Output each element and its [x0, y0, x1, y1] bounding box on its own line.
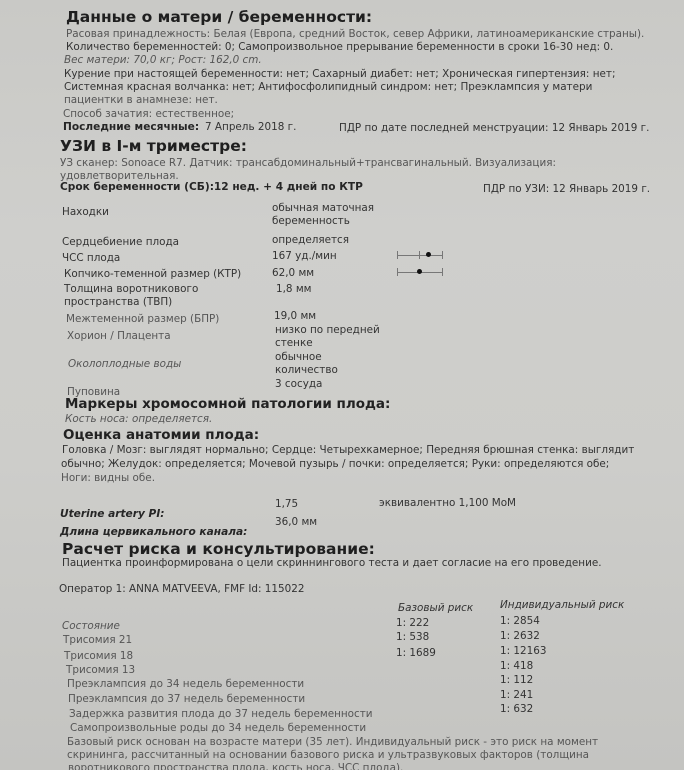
risk-condition: Преэклампсия до 34 недель беременности: [67, 678, 304, 690]
individual-risk-value: 1: 418: [500, 660, 533, 672]
scanner-line-1: УЗ сканер: Sonoace R7. Датчик: трансабдо…: [60, 157, 556, 169]
individual-risk-value: 1: 2854: [500, 615, 540, 627]
nasal-bone-text: Кость носа: определяется.: [65, 413, 212, 425]
lmp-value: 7 Апрель 2018 г.: [205, 121, 296, 133]
uterine-artery-pi-label: Uterine artery PI:: [60, 508, 165, 520]
crl-range-marker: [417, 269, 422, 274]
bpd-label: Межтеменной размер (БПР): [66, 313, 219, 325]
base-risk-value: 1: 222: [396, 617, 429, 629]
anatomy-section-title: Оценка анатомии плода:: [63, 427, 259, 443]
lmp-label: Последние месячные:: [63, 121, 199, 133]
bpd-value: 19,0 мм: [274, 310, 316, 322]
fhr-label: ЧСС плода: [62, 252, 120, 264]
edd-by-ultrasound: ПДР по УЗИ: 12 Январь 2019 г.: [483, 183, 650, 195]
ultrasound-section-title: УЗИ в I-м триместре:: [60, 137, 247, 155]
base-risk-value: 1: 1689: [396, 647, 436, 659]
risk-note-line-3: воротникового пространства плода, кость …: [68, 762, 403, 770]
individual-risk-value: 1: 241: [500, 689, 533, 701]
mother-line-conception: Способ зачатия: естественное;: [63, 108, 234, 120]
amniotic-fluid-value: обычное количество: [275, 351, 355, 377]
mother-line-smoking: Курение при настоящей беременности: нет;…: [64, 68, 615, 80]
crl-value: 62,0 мм: [272, 267, 314, 279]
individual-risk-value: 1: 2632: [500, 630, 540, 642]
fhr-range-indicator: [397, 250, 442, 260]
risk-note-line-1: Базовый риск основан на возрасте матери …: [67, 736, 598, 748]
edd-by-lmp: ПДР по дате последней менструации: 12 Ян…: [339, 122, 649, 134]
fetal-heartbeat-label: Сердцебиение плода: [62, 236, 179, 248]
anatomy-line-2: обычно; Желудок: определяется; Мочевой п…: [61, 458, 609, 470]
risk-condition: Состояние: [62, 620, 120, 632]
finding-value: обычная маточная беременность: [272, 202, 392, 228]
mother-line-ethnicity: Расовая принадлежность: Белая (Европа, с…: [66, 28, 644, 40]
umbilical-cord-value: 3 сосуда: [275, 378, 322, 390]
mother-line-sle: Системная красная волчанка: нет; Антифос…: [64, 81, 592, 93]
mother-line-pregnancies: Количество беременностей: 0; Самопроизво…: [66, 41, 613, 53]
risk-condition: Преэклампсия до 37 недель беременности: [68, 693, 305, 705]
risk-condition: Трисомия 13: [66, 664, 135, 676]
crl-label: Копчико-теменной размер (КТР): [64, 268, 241, 280]
nt-label: Толщина воротникового пространства (ТВП): [64, 283, 276, 309]
consent-text: Пациентка проинформирована о цели скринн…: [62, 557, 602, 569]
finding-label: Находки: [62, 206, 109, 218]
risk-condition: Трисомия 21: [63, 634, 132, 646]
base-risk-value: 1: 538: [396, 631, 429, 643]
cervix-length-value: 36,0 мм: [275, 516, 317, 528]
cervix-length-label: Длина цервикального канала:: [60, 526, 247, 538]
anatomy-line-3: Ноги: видны обе.: [61, 472, 155, 484]
fetal-heartbeat-value: определяется: [272, 234, 349, 246]
fhr-range-marker: [426, 252, 431, 257]
individual-risk-value: 1: 632: [500, 703, 533, 715]
individual-risk-value: 1: 112: [500, 674, 533, 686]
risk-condition: Задержка развития плода до 37 недель бер…: [69, 708, 373, 720]
gestational-age: Срок беременности (СБ):12 нед. + 4 дней …: [60, 181, 363, 193]
individual-risk-value: 1: 12163: [500, 645, 546, 657]
report-page: Данные о матери / беременности: Расовая …: [0, 0, 684, 770]
risk-condition: Трисомия 18: [64, 650, 133, 662]
placenta-value: низко по передней стенке: [275, 324, 385, 350]
risk-section-title: Расчет риска и консультирование:: [62, 540, 375, 558]
mother-line-history: пациентки в анамнезе: нет.: [64, 94, 218, 106]
anatomy-line-1: Головка / Мозг: выглядят нормально; Серд…: [62, 444, 634, 456]
risk-condition: Самопроизвольные роды до 34 недель берем…: [70, 722, 366, 734]
operator-text: Оператор 1: ANNA MATVEEVA, FMF Id: 11502…: [59, 583, 304, 595]
nt-value: 1,8 мм: [276, 283, 312, 295]
amniotic-fluid-label: Околоплодные воды: [68, 358, 181, 370]
uterine-artery-pi-mom: эквивалентно 1,100 MoM: [379, 497, 516, 509]
markers-section-title: Маркеры хромосомной патологии плода:: [65, 396, 390, 412]
fhr-value: 167 уд./мин: [272, 250, 337, 262]
base-risk-header: Базовый риск: [398, 602, 473, 614]
crl-range-indicator: [397, 267, 442, 277]
placenta-label: Хорион / Плацента: [67, 330, 171, 342]
uterine-artery-pi-value: 1,75: [275, 498, 298, 510]
mother-line-weight: Вес матери: 70,0 кг; Рост: 162,0 cm.: [64, 54, 262, 66]
risk-note-line-2: скрининга, рассчитанный на основании баз…: [67, 749, 589, 761]
individual-risk-header: Индивидуальный риск: [500, 599, 624, 611]
mother-section-title: Данные о матери / беременности:: [66, 8, 372, 26]
